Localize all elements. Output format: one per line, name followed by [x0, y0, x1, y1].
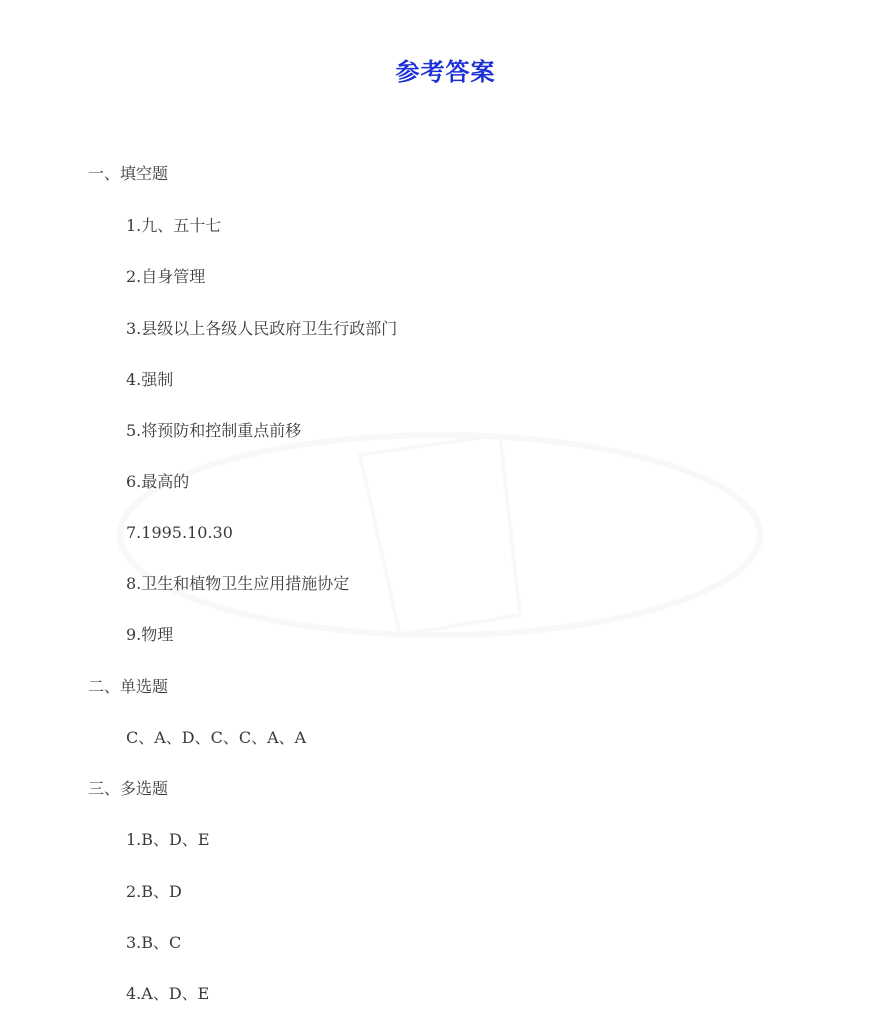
answer-item: 2.自身管理	[126, 266, 205, 288]
answer-item: 4.强制	[126, 369, 173, 391]
answer-item: 5.将预防和控制重点前移	[126, 420, 301, 442]
answer-item: 9.物理	[126, 624, 173, 646]
answer-item: 8.卫生和植物卫生应用措施协定	[126, 573, 349, 595]
section-heading-fill-in: 一、填空题	[88, 163, 168, 185]
answer-item: 1.九、五十七	[126, 215, 221, 237]
answer-item: 1.B、D、E	[126, 829, 210, 851]
answer-item: 3.B、C	[126, 932, 181, 954]
page-title: 参考答案	[0, 52, 891, 87]
answer-item: 6.最高的	[126, 471, 189, 493]
section-heading-multiple-choice: 三、多选题	[88, 778, 168, 800]
answer-item: C、A、D、C、C、A、A	[126, 727, 306, 749]
answer-item: 3.县级以上各级人民政府卫生行政部门	[126, 318, 397, 340]
answer-item: 7.1995.10.30	[126, 522, 233, 544]
answer-item: 4.A、D、E	[126, 983, 209, 1005]
section-heading-single-choice: 二、单选题	[88, 676, 168, 698]
answer-item: 2.B、D	[126, 881, 182, 903]
